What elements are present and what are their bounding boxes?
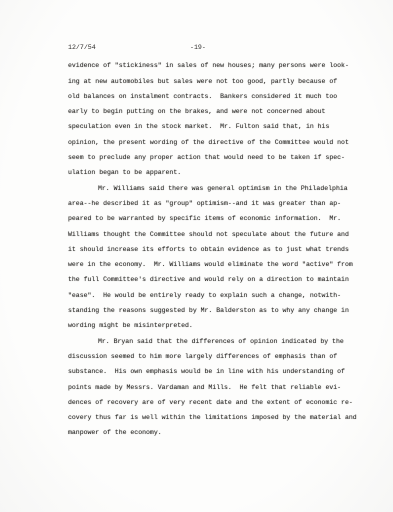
text-line: the full Committee's directive and would… (68, 272, 362, 287)
text-line: evidence of "stickiness" in sales of new… (68, 58, 362, 73)
text-line: speculation even in the stock market. Mr… (68, 119, 362, 134)
text-line: covery thus far is well within the limit… (68, 410, 362, 425)
text-line: points made by Messrs. Vardaman and Mill… (68, 380, 362, 395)
text-line: Williams thought the Committee should no… (68, 227, 362, 242)
text-line: ing at new automobiles but sales were no… (68, 74, 362, 89)
document-body: evidence of "stickiness" in sales of new… (68, 58, 362, 440)
text-line: dences of recovery are of very recent da… (68, 395, 362, 410)
text-line: early to begin putting on the brakes, an… (68, 104, 362, 119)
text-line: Mr. Williams said there was general opti… (68, 181, 362, 196)
text-line: seem to preclude any proper action that … (68, 150, 362, 165)
text-line: area--he described it as "group" optimis… (68, 196, 362, 211)
text-line: manpower of the economy. (68, 425, 362, 440)
text-line: discussion seemed to him more largely di… (68, 349, 362, 364)
document-date: 12/7/54 (68, 43, 96, 53)
text-line: standing the reasons suggested by Mr. Ba… (68, 303, 362, 318)
text-line: substance. His own emphasis would be in … (68, 364, 362, 379)
paragraph: evidence of "stickiness" in sales of new… (68, 58, 362, 180)
text-line: wording might be misinterpreted. (68, 318, 362, 333)
text-line: "ease". He would be entirely ready to ex… (68, 288, 362, 303)
text-line: were in the economy. Mr. Williams would … (68, 257, 362, 272)
text-line: old balances on instalment contracts. Ba… (68, 89, 362, 104)
paragraph: Mr. Bryan said that the differences of o… (68, 334, 362, 441)
document: 12/7/54 -19- evidence of "stickiness" in… (68, 43, 362, 441)
text-line: Mr. Bryan said that the differences of o… (68, 334, 362, 349)
document-header: 12/7/54 -19- (68, 43, 362, 58)
text-line: opinion, the present wording of the dire… (68, 135, 362, 150)
text-line: peared to be warranted by specific items… (68, 211, 362, 226)
scanned-document-page: 12/7/54 -19- evidence of "stickiness" in… (0, 0, 393, 512)
page-number: -19- (190, 43, 206, 53)
text-line: it should increase its efforts to obtain… (68, 242, 362, 257)
text-line: ulation began to be apparent. (68, 165, 362, 180)
paragraph: Mr. Williams said there was general opti… (68, 181, 362, 334)
